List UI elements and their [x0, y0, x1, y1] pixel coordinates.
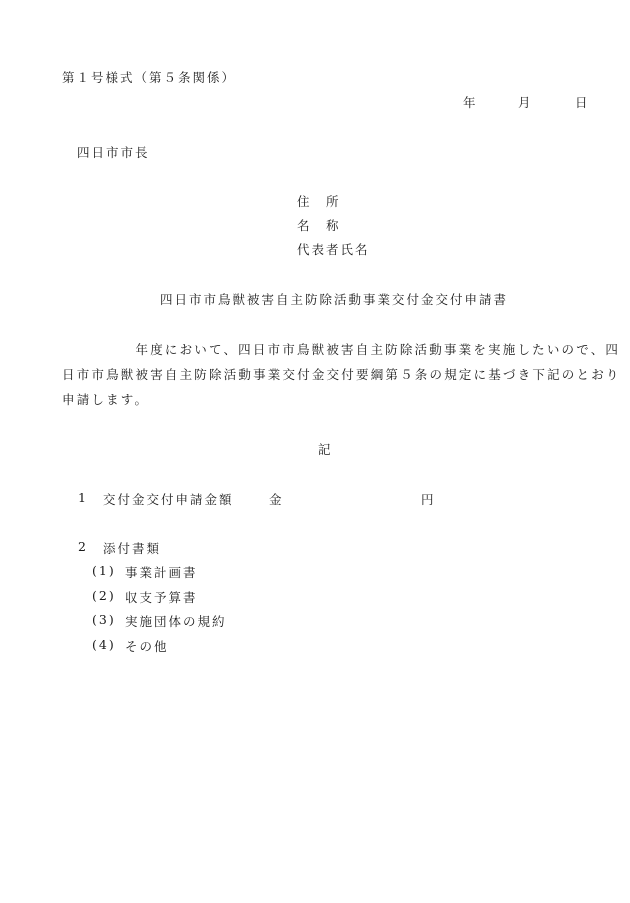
attachment-label: その他 [125, 637, 169, 655]
item-1-label: 交付金交付申請金額 [103, 490, 234, 508]
date-day: 日 [575, 93, 590, 111]
name-label: 名 称 [297, 216, 341, 234]
attachment-label: 実施団体の規約 [125, 612, 227, 630]
attachment-number: (1) [92, 563, 116, 578]
body-line-1: 年度において、四日市市鳥獣被害自主防除活動事業を実施したいので、四 [62, 337, 590, 362]
body-line-2: 日市市鳥獣被害自主防除活動事業交付金交付要綱第５条の規定に基づき下記のとおり [62, 362, 590, 387]
item-1-number: 1 [78, 490, 88, 505]
item-2-number: 2 [78, 539, 88, 554]
attachment-number: (2) [92, 588, 116, 603]
addressee: 四日市市長 [77, 143, 150, 161]
attachment-label: 事業計画書 [125, 563, 198, 581]
attachment-number: (4) [92, 637, 116, 652]
item-2-label: 添付書類 [103, 539, 161, 557]
amount-suffix: 円 [421, 490, 436, 508]
representative-label: 代表者氏名 [297, 240, 370, 258]
document-title: 四日市市鳥獣被害自主防除活動事業交付金交付申請書 [160, 290, 508, 308]
amount-prefix: 金 [269, 490, 284, 508]
attachment-number: (3) [92, 612, 116, 627]
body-line-3: 申請します。 [62, 387, 590, 412]
address-label: 住 所 [297, 192, 341, 210]
form-label: 第１号様式（第５条関係） [62, 68, 236, 86]
date-year: 年 [463, 93, 478, 111]
date-month: 月 [518, 93, 533, 111]
ki-heading: 記 [318, 440, 333, 458]
body-paragraph: 年度において、四日市市鳥獣被害自主防除活動事業を実施したいので、四 日市市鳥獣被… [62, 337, 590, 412]
attachment-label: 収支予算書 [125, 588, 198, 606]
